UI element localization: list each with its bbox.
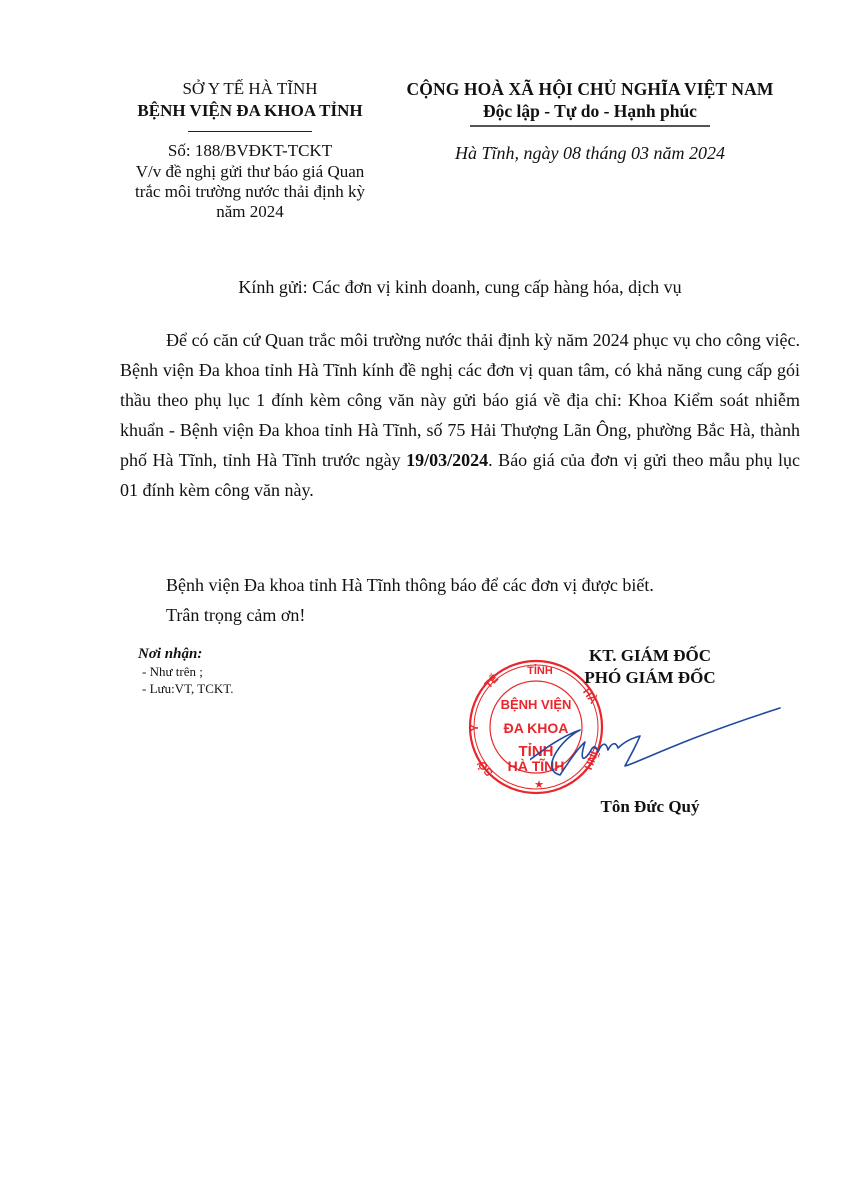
signer-name: Tôn Đức Quý: [520, 796, 780, 818]
nation-title: CỘNG HOÀ XÃ HỘI CHỦ NGHĨA VIỆT NAM: [380, 78, 800, 100]
signer-position: PHÓ GIÁM ĐỐC: [520, 667, 780, 689]
svg-text:TẾ: TẾ: [482, 672, 501, 691]
document-number: Số: 188/BVĐKT-TCKT: [100, 140, 400, 162]
svg-text:Y: Y: [469, 724, 481, 732]
notice-paragraph: Bệnh viện Đa khoa tỉnh Hà Tĩnh thông báo…: [166, 570, 806, 600]
recipient-item: - Lưu:VT, TCKT.: [138, 680, 398, 697]
agency-name: SỞ Y TẾ HÀ TĨNH: [100, 78, 400, 100]
header-left-divider: [188, 131, 312, 132]
addressee: Kính gửi: Các đơn vị kinh doanh, cung cấ…: [120, 272, 800, 302]
recipients-block: Nơi nhận: - Như trên ; - Lưu:VT, TCKT.: [138, 645, 398, 697]
header-right: CỘNG HOÀ XÃ HỘI CHỦ NGHĨA VIỆT NAM Độc l…: [380, 78, 800, 165]
recipient-item: - Như trên ;: [138, 663, 398, 680]
header-left: SỞ Y TẾ HÀ TĨNH BỆNH VIỆN ĐA KHOA TỈNH S…: [100, 78, 400, 222]
recipients-title: Nơi nhận:: [138, 645, 398, 663]
signing-authority: KT. GIÁM ĐỐC: [520, 645, 780, 667]
main-paragraph: Để có căn cứ Quan trắc môi trường nước t…: [120, 325, 800, 505]
closing-line: Trân trọng cảm ơn!: [166, 600, 806, 630]
motto-underline: [470, 125, 710, 127]
national-motto: Độc lập - Tự do - Hạnh phúc: [380, 100, 800, 122]
organization-name: BỆNH VIỆN ĐA KHOA TỈNH: [100, 100, 400, 122]
paragraph-text: Để có căn cứ Quan trắc môi trường nước t…: [120, 330, 800, 470]
document-subject: V/v đề nghị gửi thư báo giá Quan trắc mô…: [135, 162, 365, 222]
signature-title: KT. GIÁM ĐỐC PHÓ GIÁM ĐỐC: [520, 645, 780, 689]
handwritten-signature-icon: [530, 700, 790, 810]
place-date: Hà Tĩnh, ngày 08 tháng 03 năm 2024: [380, 141, 800, 165]
deadline-date: 19/03/2024: [406, 450, 488, 470]
